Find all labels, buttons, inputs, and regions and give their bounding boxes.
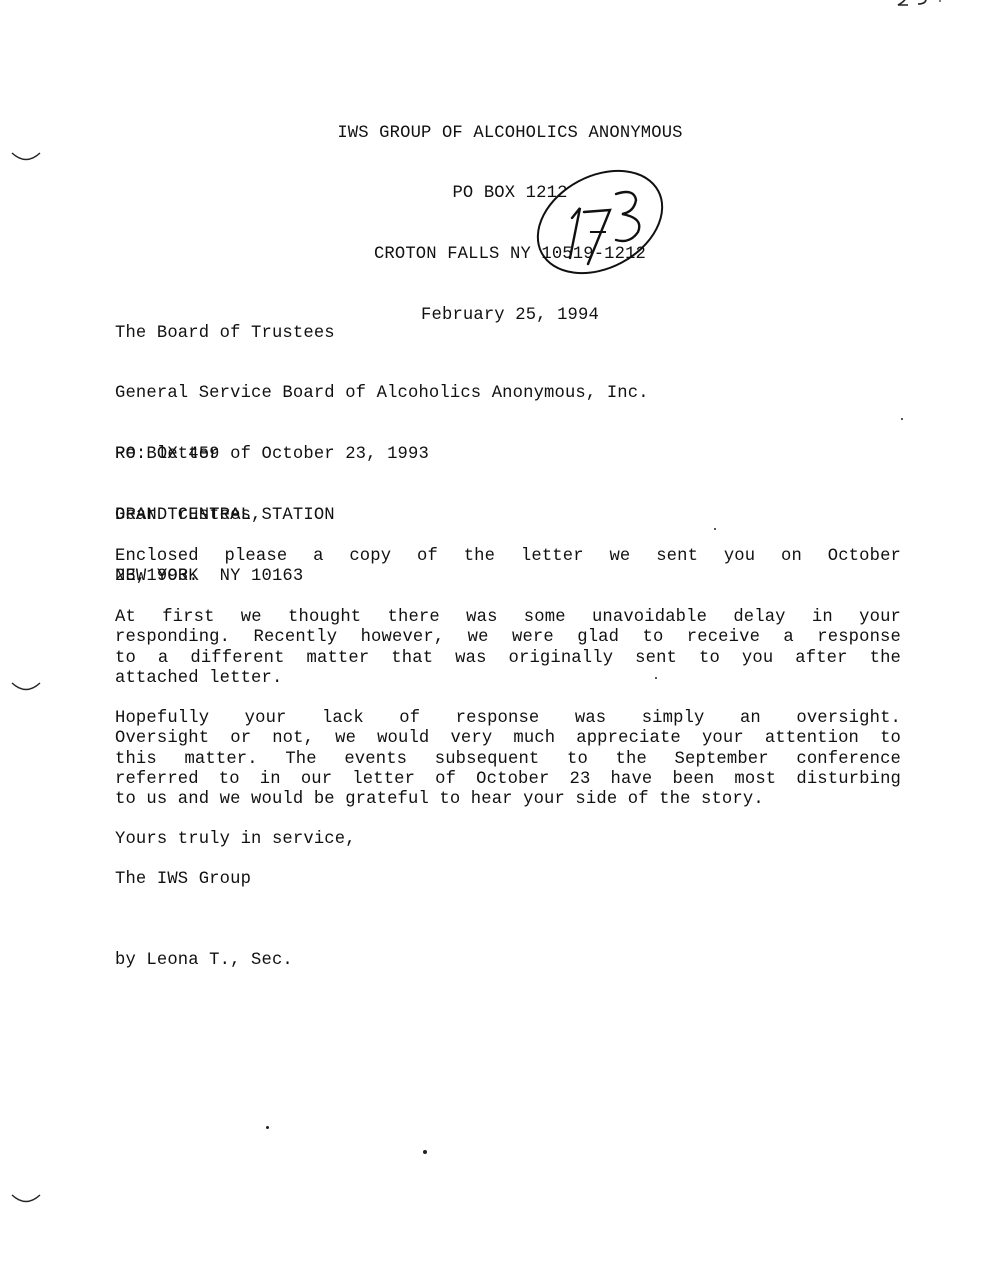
handwritten-corner-mark xyxy=(868,0,948,16)
body-paragraph-1: Enclosed please a copy of the letter we … xyxy=(115,547,901,588)
paragraph-line: to a different matter that was originall… xyxy=(115,649,901,669)
body-paragraph-3: Hopefully your lack of response was simp… xyxy=(115,709,901,810)
scan-speck xyxy=(266,1126,269,1129)
scan-speck xyxy=(423,1150,427,1154)
signature-group: The IWS Group xyxy=(115,870,251,890)
paragraph-line: 23,1993. xyxy=(115,567,901,587)
body-paragraph-2: At first we thought there was some unavo… xyxy=(115,608,901,689)
scan-speck xyxy=(655,677,657,679)
paragraph-line: At first we thought there was some unavo… xyxy=(115,608,901,628)
paragraph-line: responding. Recently however, we were gl… xyxy=(115,628,901,648)
letterhead-po-box: PO BOX 1212 xyxy=(260,184,760,204)
closing: Yours truly in service, xyxy=(115,830,356,850)
scan-speck xyxy=(901,418,903,420)
binder-hole-mark-icon xyxy=(10,680,42,694)
salutation: Dear Trustees, xyxy=(115,506,262,526)
paragraph-line: Oversight or not, we would very much app… xyxy=(115,729,901,749)
binder-hole-mark-icon xyxy=(10,1192,42,1206)
binder-hole-mark-icon xyxy=(10,150,42,164)
letterhead-city-state-zip: CROTON FALLS NY 10519-1212 xyxy=(260,245,760,265)
recipient-line: The Board of Trustees xyxy=(115,324,649,344)
circled-number-stamp: 173 xyxy=(532,160,672,280)
paragraph-line: attached letter. xyxy=(115,669,901,689)
paragraph-line: to us and we would be grateful to hear y… xyxy=(115,790,901,810)
letter-page: IWS GROUP OF ALCOHOLICS ANONYMOUS PO BOX… xyxy=(0,0,1000,1267)
paragraph-line: referred to in our letter of October 23 … xyxy=(115,770,901,790)
paragraph-line: this matter. The events subsequent to th… xyxy=(115,750,901,770)
reference-line: Re: letter of October 23, 1993 xyxy=(115,445,429,465)
letterhead-organization: IWS GROUP OF ALCOHOLICS ANONYMOUS xyxy=(260,124,760,144)
scan-speck xyxy=(714,528,716,530)
paragraph-line: Enclosed please a copy of the letter we … xyxy=(115,547,901,567)
signer: by Leona T., Sec. xyxy=(115,951,293,971)
paragraph-line: Hopefully your lack of response was simp… xyxy=(115,709,901,729)
recipient-line: General Service Board of Alcoholics Anon… xyxy=(115,384,649,404)
